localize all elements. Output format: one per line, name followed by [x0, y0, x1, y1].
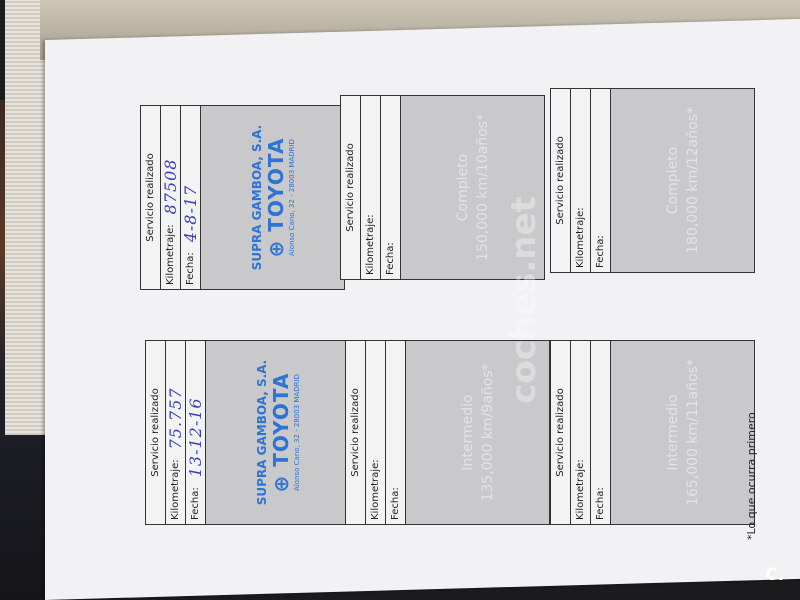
stamp-area: SUPRA GAMBOA, S.A. ⊕ TOYOTA Alonso Cano,…: [201, 106, 344, 289]
mileage-field[interactable]: Kilometraje:75.757: [166, 341, 186, 524]
booklet-spine: [5, 0, 45, 435]
date-value: 4-8-17: [181, 185, 200, 243]
dealer-stamp: SUPRA GAMBOA, S.A. ⊕ TOYOTA Alonso Cano,…: [255, 360, 301, 506]
stamp-area: Completo180,000 km/12años*: [611, 89, 754, 272]
dealer-stamp: SUPRA GAMBOA, S.A. ⊕ TOYOTA Alonso Cano,…: [250, 125, 296, 271]
mileage-label: Kilometraje:: [370, 459, 381, 520]
site-watermark: coches.net: [504, 196, 544, 404]
date-field[interactable]: Fecha:: [386, 341, 406, 524]
footnote: *Lo que ocurra primero: [745, 412, 758, 540]
service-title: Servicio realizado: [346, 341, 366, 524]
service-record-box: Servicio realizado Kilometraje: Fecha: I…: [345, 340, 530, 525]
date-label: Fecha:: [190, 487, 201, 520]
mileage-value: 75.757: [166, 387, 185, 449]
date-field[interactable]: Fecha:: [591, 89, 611, 272]
date-label: Fecha:: [595, 235, 606, 268]
service-interval: Intermedio165,000 km/11años*: [663, 359, 703, 506]
date-field[interactable]: Fecha:4-8-17: [181, 106, 201, 289]
stamp-area: SUPRA GAMBOA, S.A. ⊕ TOYOTA Alonso Cano,…: [206, 341, 349, 524]
mileage-label: Kilometraje:: [575, 459, 586, 520]
date-field[interactable]: Fecha:13-12-16: [186, 341, 206, 524]
service-interval: Intermedio135,000 km/9años*: [458, 363, 498, 501]
service-record-box: Servicio realizado Kilometraje: Fecha: I…: [550, 340, 750, 525]
service-title: Servicio realizado: [551, 89, 571, 272]
date-field[interactable]: Fecha:: [381, 96, 401, 279]
service-interval: Completo180,000 km/12años*: [663, 107, 703, 254]
mileage-field[interactable]: Kilometraje:: [571, 89, 591, 272]
service-interval: Completo150,000 km/10años*: [453, 114, 493, 261]
service-title: Servicio realizado: [146, 341, 166, 524]
mileage-field[interactable]: Kilometraje:87508: [161, 106, 181, 289]
service-record-box: Servicio realizado Kilometraje: Fecha: C…: [550, 88, 750, 273]
toyota-logo-icon: ⊕: [264, 240, 288, 258]
toyota-logo-icon: ⊕: [269, 475, 293, 493]
service-record-box: Servicio realizado Kilometraje: Fecha: C…: [340, 95, 525, 280]
date-value: 13-12-16: [186, 397, 205, 477]
date-label: Fecha:: [595, 487, 606, 520]
corner-mark: C.: [765, 565, 784, 585]
date-label: Fecha:: [390, 487, 401, 520]
service-title: Servicio realizado: [551, 341, 571, 524]
mileage-label: Kilometraje:: [165, 224, 176, 285]
date-label: Fecha:: [385, 242, 396, 275]
stamp-area: Intermedio165,000 km/11años*: [611, 341, 754, 524]
mileage-value: 87508: [161, 159, 180, 215]
service-title: Servicio realizado: [141, 106, 161, 289]
mileage-field[interactable]: Kilometraje:: [361, 96, 381, 279]
service-record-box: Servicio realizado Kilometraje:87508 Fec…: [140, 105, 325, 290]
date-field[interactable]: Fecha:: [591, 341, 611, 524]
mileage-field[interactable]: Kilometraje:: [571, 341, 591, 524]
service-title: Servicio realizado: [341, 96, 361, 279]
mileage-field[interactable]: Kilometraje:: [366, 341, 386, 524]
mileage-label: Kilometraje:: [365, 214, 376, 275]
mileage-label: Kilometraje:: [170, 459, 181, 520]
service-record-box: Servicio realizado Kilometraje:75.757 Fe…: [145, 340, 330, 525]
mileage-label: Kilometraje:: [575, 207, 586, 268]
date-label: Fecha:: [185, 252, 196, 285]
